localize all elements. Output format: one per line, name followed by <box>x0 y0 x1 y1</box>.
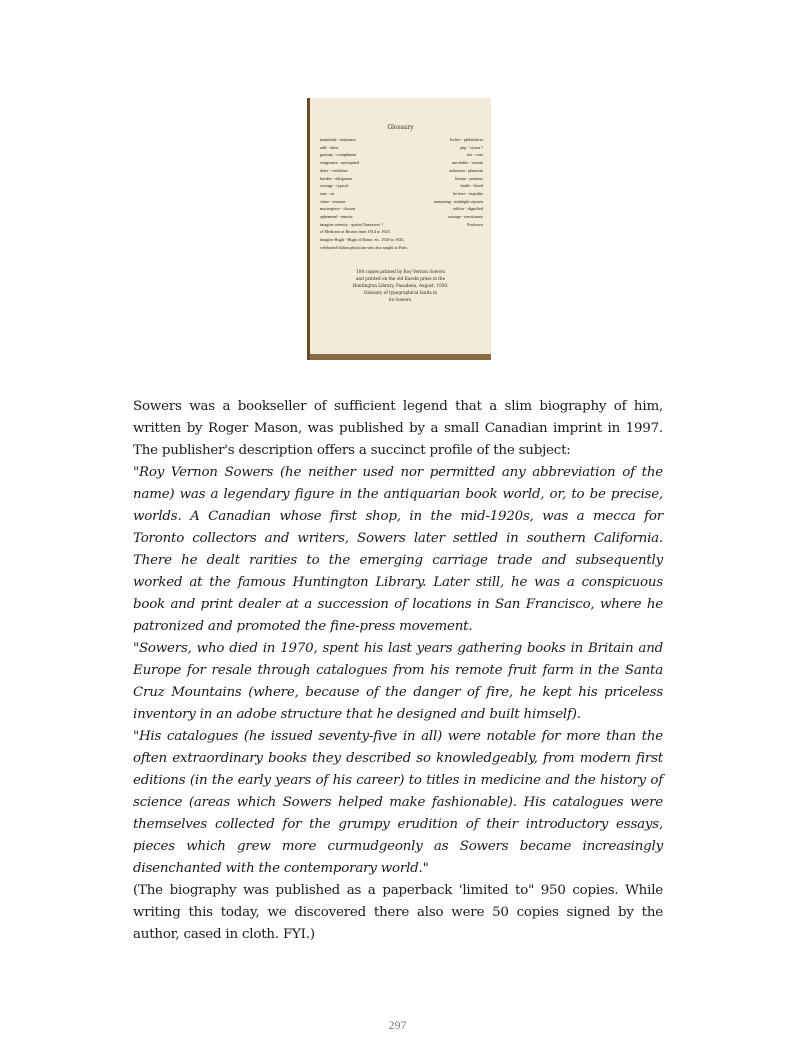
scan-glossary-entry: rite - cure <box>467 151 483 159</box>
scan-glossary-row: odd - ideaspep - vision ? <box>320 144 483 152</box>
scan-glossary-entry: odd - ideas <box>320 144 338 152</box>
scan-glossary-entry: defer - withdraw <box>320 167 348 175</box>
scan-glossary-row: clone - tenuousremaining - midnight sojo… <box>320 198 483 206</box>
scan-glossary-entry: celebrated Italian physician who also ta… <box>320 244 408 252</box>
scan-glossary-row: gratuity - complimentrite - cure <box>320 151 483 159</box>
scan-glossary-entry: Professor <box>467 221 483 229</box>
scan-glossary-entry: inevitable - certain <box>452 159 483 167</box>
scan-glossary-entry: battle - blood <box>461 182 483 190</box>
page-number: 297 <box>0 1018 795 1033</box>
scan-glossary-entry: remaining - midnight sojourn <box>434 198 483 206</box>
scan-glossary-entry: unknown - phantom <box>449 167 483 175</box>
scan-colophon-line: its Sowers. <box>320 296 481 303</box>
scan-glossary-row: burden - obligationbloom - promise <box>320 175 483 183</box>
scan-colophon-line: and printed on the old Kuroki press in t… <box>320 275 481 282</box>
scan-colophon-line: Huntington Library, Pasadena, August, 19… <box>320 282 481 289</box>
scan-glossary-entry: gratuity - compliment <box>320 151 357 159</box>
scan-glossary-row: imagine serenity - quaint Tomorrow ?Prof… <box>320 221 483 229</box>
scan-glossary-row: celebrated Italian physician who also ta… <box>320 244 483 252</box>
paragraph-intro: Sowers was a bookseller of sufficient le… <box>133 396 663 462</box>
scan-glossary-entry: imagine Hugh - Hugh of Rome, etc. 1920 t… <box>320 236 404 244</box>
scan-glossary-entry: pep - vision ? <box>460 144 483 152</box>
scan-glossary-row: vengeance - unrequitedinevitable - certa… <box>320 159 483 167</box>
scan-glossary-row: masterpiece - chosenedifice - dignified <box>320 205 483 213</box>
scan-glossary-entry: burden - obligation <box>320 175 352 183</box>
scan-glossary-entry: imagine serenity - quaint Tomorrow ? <box>320 221 383 229</box>
scan-glossary-row: ineptitude - ineptnesslecher - philander… <box>320 136 483 144</box>
scan-glossary-entry: edifice - dignified <box>453 205 483 213</box>
scan-glossary-entry: vengeance - unrequited <box>320 159 359 167</box>
scan-glossary-entry: average - typical <box>320 182 348 190</box>
scan-glossary-entry: east - art <box>320 190 334 198</box>
scan-title: Glossary <box>310 124 491 131</box>
scan-glossary-entry: clone - tenuous <box>320 198 346 206</box>
body-text: Sowers was a bookseller of sufficient le… <box>133 396 663 946</box>
scan-colophon-line: Glossary of typographical faults in <box>320 289 481 296</box>
scanned-glossary-page-image: Glossary ineptitude - ineptnesslecher - … <box>307 98 491 360</box>
paragraph-quote-2: "Sowers, who died in 1970, spent his las… <box>133 638 663 726</box>
scan-glossary-entry: ephemeral - remote <box>320 213 353 221</box>
paragraph-quote-1: "Roy Vernon Sowers (he neither used nor … <box>133 462 663 638</box>
scan-glossary-entry: be here - expedite <box>453 190 483 198</box>
scan-colophon: 100 copies printed by Roy Vernon Sowersa… <box>320 268 481 303</box>
scan-glossary-entry: bloom - promise <box>455 175 483 183</box>
scan-glossary-entry: of Medicine at Boston from 1914 to 1925. <box>320 228 391 236</box>
scan-glossary-entry: ineptitude - ineptness <box>320 136 356 144</box>
scan-glossary-row: imagine Hugh - Hugh of Rome, etc. 1920 t… <box>320 236 483 244</box>
scan-glossary-entry: lecher - philanderer <box>450 136 483 144</box>
scan-colophon-line: 100 copies printed by Roy Vernon Sowers <box>320 268 481 275</box>
scan-glossary-entry: masterpiece - chosen <box>320 205 355 213</box>
scan-glossary-row: east - artbe here - expedite <box>320 190 483 198</box>
scan-glossary-row: defer - withdrawunknown - phantom <box>320 167 483 175</box>
scan-glossary-row: ephemeral - remoteoutrage - reactionary <box>320 213 483 221</box>
paragraph-quote-3: "His catalogues (he issued seventy-five … <box>133 726 663 880</box>
scan-glossary-row: average - typicalbattle - blood <box>320 182 483 190</box>
scan-glossary-entry: outrage - reactionary <box>448 213 483 221</box>
scan-glossary-row: of Medicine at Boston from 1914 to 1925. <box>320 228 483 236</box>
paragraph-note: (The biography was published as a paperb… <box>133 880 663 946</box>
scan-glossary-list: ineptitude - ineptnesslecher - philander… <box>320 136 483 252</box>
